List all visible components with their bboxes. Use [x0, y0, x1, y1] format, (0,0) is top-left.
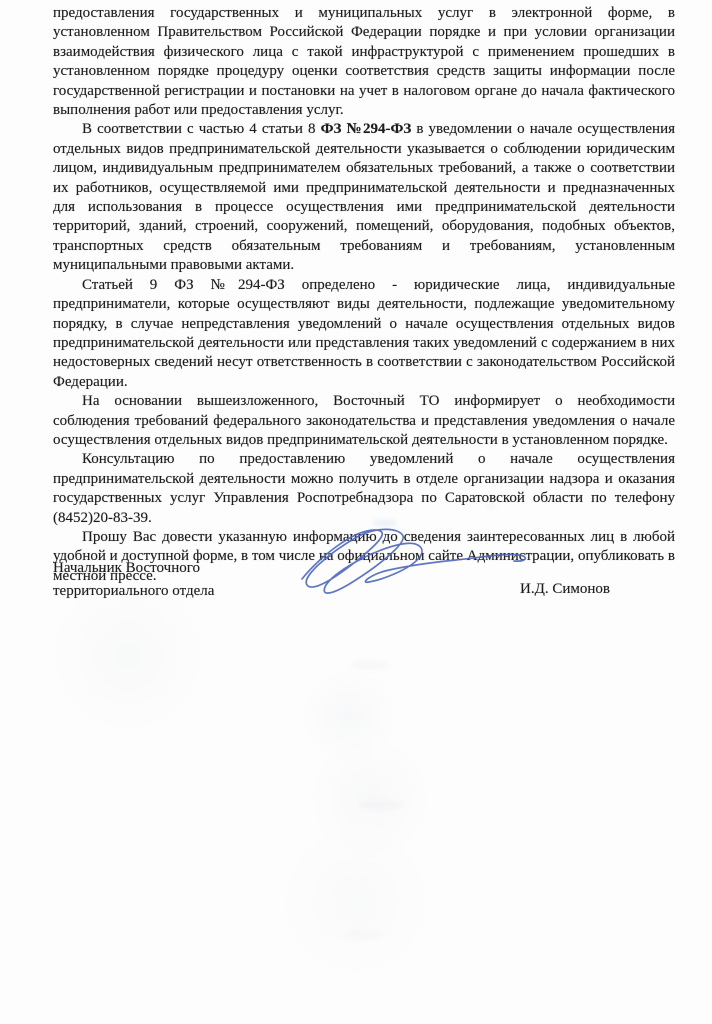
- paragraph: На основании вышеизложенного, Восточный …: [53, 392, 675, 450]
- signer-position: Начальник Восточного территориального от…: [53, 557, 214, 602]
- signer-name: И.Д. Симонов: [520, 581, 610, 598]
- paragraph: предоставления государственных и муницип…: [53, 4, 675, 120]
- paragraph: Консультацию по предоставлению уведомлен…: [53, 450, 675, 528]
- law-reference-bold: ФЗ №294-ФЗ: [321, 121, 412, 137]
- scanned-letter-page: предоставления государственных и муницип…: [0, 0, 712, 1024]
- scan-artifact: [345, 930, 383, 939]
- scan-artifact: [360, 800, 404, 810]
- letter-body: предоставления государственных и муницип…: [53, 4, 675, 586]
- paragraph: Статьей 9 ФЗ №294-ФЗ определено - юридич…: [53, 276, 675, 392]
- paragraph-text: в уведомлении о начале осуществления отд…: [53, 121, 675, 273]
- handwritten-signature-icon: [286, 519, 538, 607]
- paragraph: В соответствии с частью 4 статьи 8 ФЗ №2…: [53, 120, 675, 275]
- signer-position-line2: территориального отдела: [53, 580, 214, 603]
- signer-position-line1: Начальник Восточного: [53, 557, 214, 580]
- paragraph-text: В соответствии с частью 4 статьи 8: [82, 121, 321, 137]
- scan-artifact: [350, 660, 390, 670]
